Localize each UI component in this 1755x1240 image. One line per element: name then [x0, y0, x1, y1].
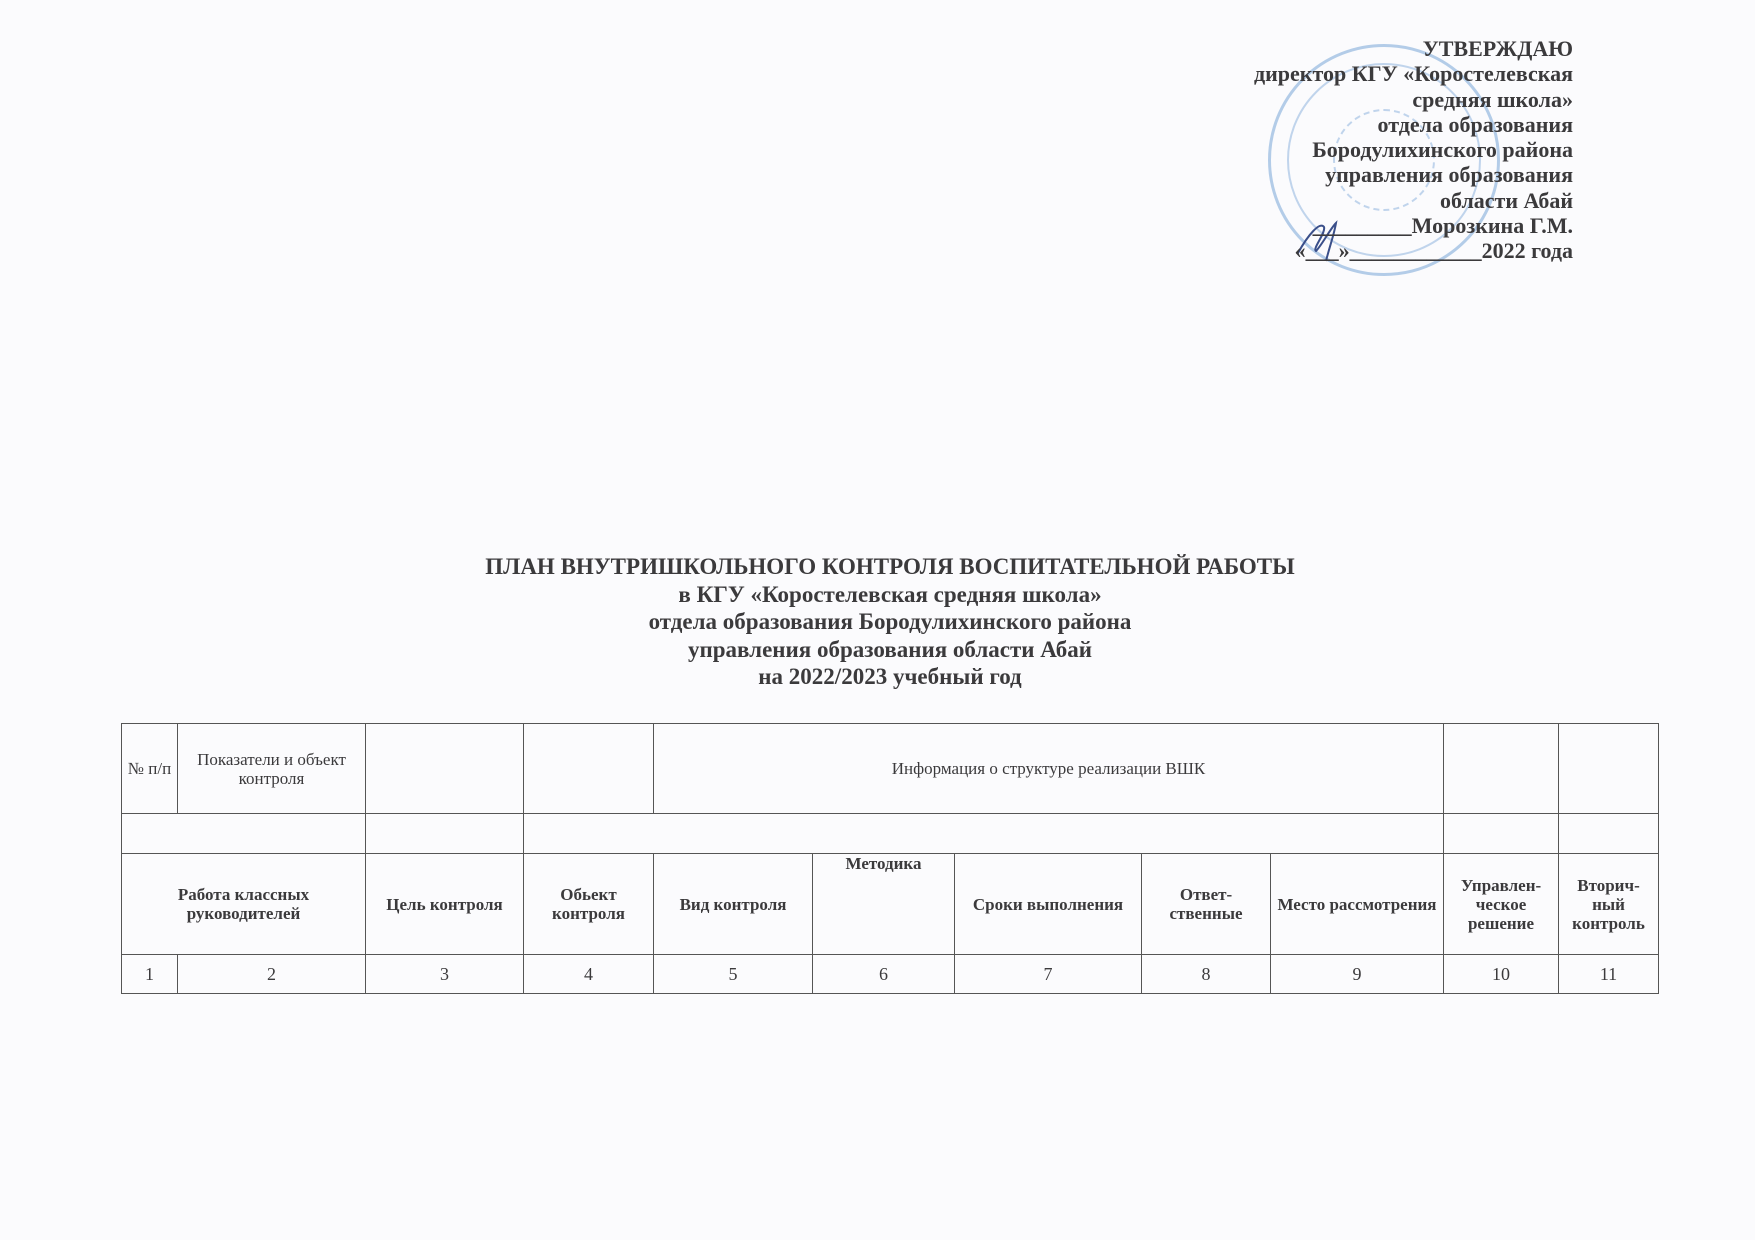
header-goal: Цель контроля: [366, 854, 524, 955]
title-line: управления образования области Абай: [0, 636, 1755, 664]
empty-cell: [1444, 724, 1559, 814]
section-class-teachers: Работа классных руководителей: [122, 854, 366, 955]
header-place: Место рассмотрения: [1271, 854, 1444, 955]
header-responsible: Ответ-ственные: [1142, 854, 1271, 955]
table-row: № п/п Показатели и объект контроля Инфор…: [122, 724, 1659, 814]
header-object: Обьект контроля: [524, 854, 654, 955]
empty-cell: [1559, 814, 1659, 854]
empty-cell: [366, 814, 524, 854]
empty-cell: [122, 814, 366, 854]
table-row: Работа классных руководителей Цель контр…: [122, 854, 1659, 955]
column-number: 3: [366, 955, 524, 994]
header-deadlines: Сроки выполнения: [955, 854, 1142, 955]
column-number: 11: [1559, 955, 1659, 994]
column-number: 10: [1444, 955, 1559, 994]
approval-block: УТВЕРЖДАЮ директор КГУ «Коростелевская с…: [1254, 36, 1573, 264]
control-plan-table: № п/п Показатели и объект контроля Инфор…: [121, 723, 1659, 994]
column-number: 2: [178, 955, 366, 994]
approval-heading: УТВЕРЖДАЮ: [1254, 36, 1573, 61]
approval-line: средняя школа»: [1254, 87, 1573, 112]
header-indicators: Показатели и объект контроля: [178, 724, 366, 814]
column-number: 5: [654, 955, 813, 994]
empty-cell: [1559, 724, 1659, 814]
document-title: ПЛАН ВНУТРИШКОЛЬНОГО КОНТРОЛЯ ВОСПИТАТЕЛ…: [0, 553, 1755, 691]
header-method: Методика: [813, 854, 955, 955]
column-number: 6: [813, 955, 955, 994]
approval-line: директор КГУ «Коростелевская: [1254, 61, 1573, 86]
header-secondary: Вторич-ный контроль: [1559, 854, 1659, 955]
header-info: Информация о структуре реализации ВШК: [654, 724, 1444, 814]
column-number: 8: [1142, 955, 1271, 994]
approval-line: отдела образования: [1254, 112, 1573, 137]
header-decision: Управлен-ческое решение: [1444, 854, 1559, 955]
header-number: № п/п: [122, 724, 178, 814]
column-number: 9: [1271, 955, 1444, 994]
approval-line: Бородулихинского района: [1254, 137, 1573, 162]
table-row: [122, 814, 1659, 854]
approval-line: области Абай: [1254, 188, 1573, 213]
empty-cell: [366, 724, 524, 814]
column-number: 1: [122, 955, 178, 994]
empty-cell: [1444, 814, 1559, 854]
approval-line: управления образования: [1254, 162, 1573, 187]
empty-cell: [524, 724, 654, 814]
approval-date: «___»____________2022 года: [1254, 238, 1573, 263]
header-type: Вид контроля: [654, 854, 813, 955]
title-line: отдела образования Бородулихинского райо…: [0, 608, 1755, 636]
column-number: 4: [524, 955, 654, 994]
title-line: на 2022/2023 учебный год: [0, 663, 1755, 691]
empty-cell: [524, 814, 1444, 854]
title-line: в КГУ «Коростелевская средняя школа»: [0, 581, 1755, 609]
title-line: ПЛАН ВНУТРИШКОЛЬНОГО КОНТРОЛЯ ВОСПИТАТЕЛ…: [0, 553, 1755, 581]
table-row: 1 2 3 4 5 6 7 8 9 10 11: [122, 955, 1659, 994]
column-number: 7: [955, 955, 1142, 994]
approval-signatory: _________Морозкина Г.М.: [1254, 213, 1573, 238]
